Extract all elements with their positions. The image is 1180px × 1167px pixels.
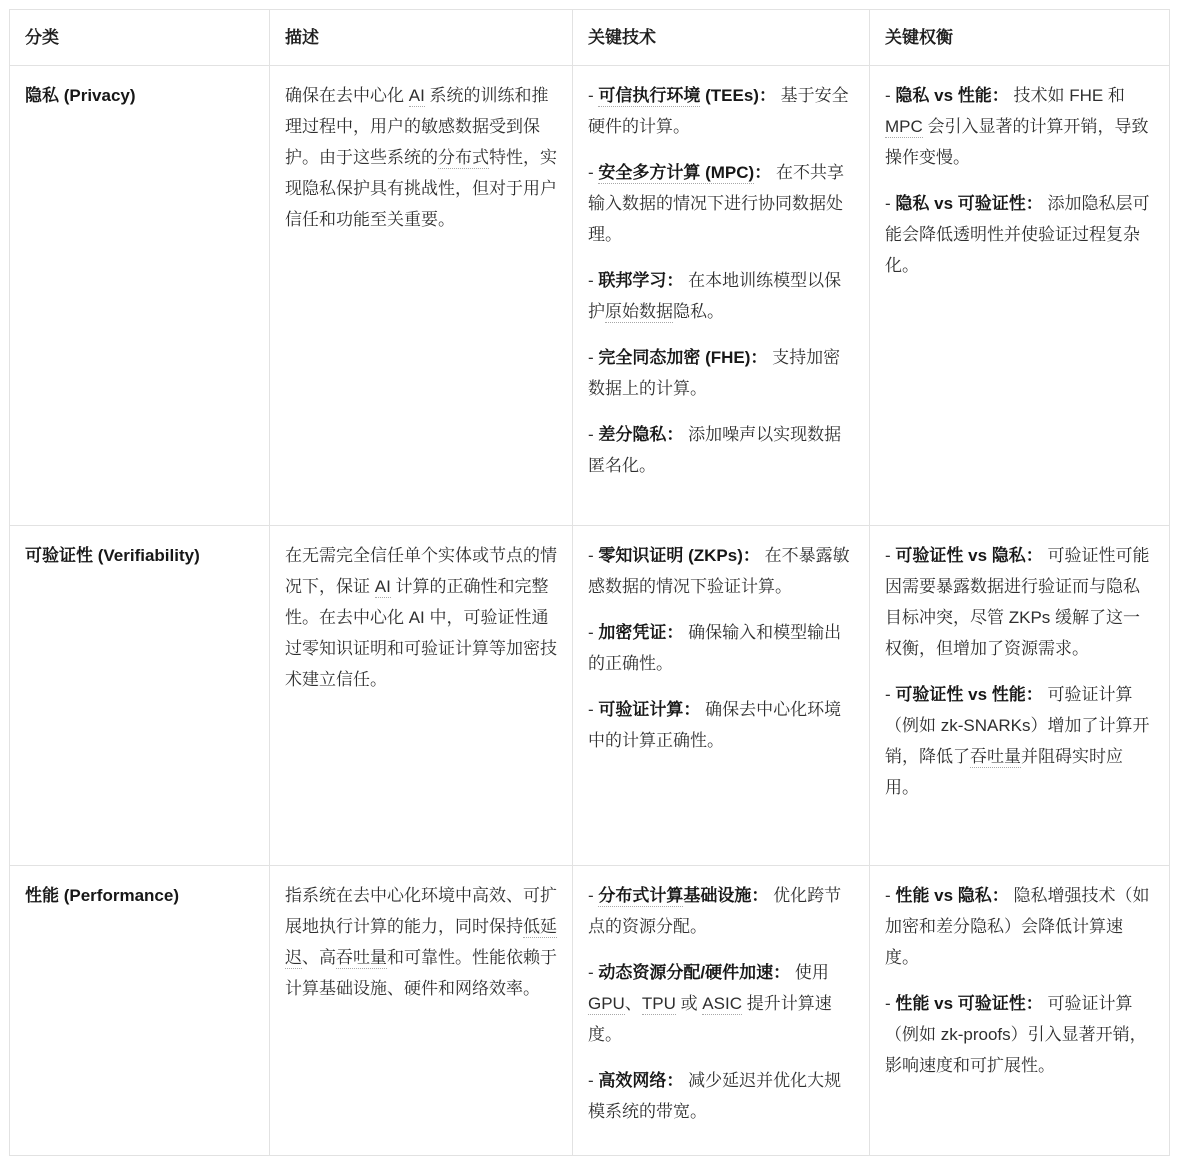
- paragraph: - 性能 vs 隐私： 隐私增强技术（如加密和差分隐私）会降低计算速度。: [885, 880, 1154, 973]
- page-content: 分类 描述 关键技术 关键权衡 隐私 (Privacy) 确保在去中心化 AI …: [0, 0, 1180, 1167]
- paragraph: 指系统在去中心化环境中高效、可扩展地执行计算的能力，同时保持低延迟、高吞吐量和可…: [285, 880, 557, 1004]
- text-segment: -: [588, 425, 598, 444]
- spellchecked-text: AI: [375, 577, 391, 598]
- paragraph: - 可信执行环境 (TEEs)： 基于安全硬件的计算。: [588, 80, 854, 142]
- text-segment: -: [588, 163, 598, 182]
- bold-term: 分布式计算: [598, 886, 683, 907]
- bold-term: 可验证性 vs 性能：: [895, 685, 1042, 704]
- table-row-performance: 性能 (Performance) 指系统在去中心化环境中高效、可扩展地执行计算的…: [10, 866, 1170, 1156]
- paragraph: 性能 (Performance): [25, 880, 254, 911]
- text-segment: 或: [676, 994, 702, 1013]
- paragraph: - 完全同态加密 (FHE)： 支持加密数据上的计算。: [588, 342, 854, 404]
- paragraph: - 隐私 vs 可验证性： 添加隐私层可能会降低透明性并使验证过程复杂化。: [885, 188, 1154, 281]
- text-segment: -: [588, 546, 598, 565]
- column-header-category: 分类: [10, 10, 270, 66]
- table-body: 隐私 (Privacy) 确保在去中心化 AI 系统的训练和推理过程中，用户的敏…: [10, 66, 1170, 1156]
- bold-term: 差分隐私：: [598, 425, 683, 444]
- spellchecked-text: 吞吐量: [970, 747, 1021, 768]
- table-row-privacy: 隐私 (Privacy) 确保在去中心化 AI 系统的训练和推理过程中，用户的敏…: [10, 66, 1170, 526]
- comparison-table: 分类 描述 关键技术 关键权衡 隐私 (Privacy) 确保在去中心化 AI …: [9, 9, 1170, 1156]
- bold-term: 性能 (Performance): [25, 886, 179, 905]
- text-segment: -: [588, 348, 598, 367]
- category-cell: 隐私 (Privacy): [10, 66, 270, 526]
- paragraph: - 动态资源分配/硬件加速： 使用 GPU、TPU 或 ASIC 提升计算速度。: [588, 957, 854, 1050]
- text-segment: -: [885, 685, 895, 704]
- bold-term: 联邦学习：: [598, 271, 683, 290]
- column-header-description: 描述: [270, 10, 573, 66]
- spellchecked-text: MPC: [885, 117, 923, 138]
- technologies-cell: - 零知识证明 (ZKPs)： 在不暴露敏感数据的情况下验证计算。- 加密凭证：…: [573, 526, 870, 866]
- text-segment: -: [588, 963, 598, 982]
- spellchecked-text: 吞吐量: [336, 948, 387, 969]
- text-segment: -: [885, 994, 895, 1013]
- column-header-tradeoffs: 关键权衡: [870, 10, 1170, 66]
- text-segment: 、高: [302, 948, 336, 967]
- bold-term: 隐私 vs 可验证性：: [895, 194, 1042, 213]
- text-segment: -: [885, 886, 895, 905]
- category-cell: 可验证性 (Verifiability): [10, 526, 270, 866]
- spellchecked-text: AI: [409, 86, 425, 107]
- paragraph: - 安全多方计算 (MPC)： 在不共享输入数据的情况下进行协同数据处理。: [588, 157, 854, 250]
- paragraph: - 可验证计算： 确保去中心化环境中的计算正确性。: [588, 694, 854, 756]
- text-segment: -: [588, 623, 598, 642]
- text-segment: -: [885, 546, 895, 565]
- text-segment: 指系统在去中心化环境中高效、可扩展地执行计算的能力，同时保持: [285, 886, 557, 936]
- bold-term: 隐私 vs 性能：: [895, 86, 1008, 105]
- table-header: 分类 描述 关键技术 关键权衡: [10, 10, 1170, 66]
- bold-term: 安全多方计算 (MPC): [598, 163, 754, 184]
- paragraph: - 隐私 vs 性能： 技术如 FHE 和 MPC 会引入显著的计算开销，导致操…: [885, 80, 1154, 173]
- tradeoffs-cell: - 可验证性 vs 隐私： 可验证性可能因需要暴露数据进行验证而与隐私目标冲突，…: [870, 526, 1170, 866]
- spellchecked-text: ASIC: [702, 994, 742, 1015]
- bold-term: (TEEs)：: [700, 86, 776, 105]
- text-segment: 、: [625, 994, 642, 1013]
- text-segment: -: [588, 886, 598, 905]
- text-segment: -: [885, 194, 895, 213]
- header-row: 分类 描述 关键技术 关键权衡: [10, 10, 1170, 66]
- text-segment: -: [885, 86, 895, 105]
- text-segment: 会引入显著的计算开销，导致操作变慢。: [885, 117, 1149, 167]
- text-segment: -: [588, 86, 598, 105]
- paragraph: - 差分隐私： 添加噪声以实现数据匿名化。: [588, 419, 854, 481]
- bold-term: 性能 vs 可验证性：: [895, 994, 1042, 1013]
- bold-term: 可信执行环境: [598, 86, 700, 107]
- bold-term: 可验证性 vs 隐私：: [895, 546, 1042, 565]
- description-cell: 确保在去中心化 AI 系统的训练和推理过程中，用户的敏感数据受到保护。由于这些系…: [270, 66, 573, 526]
- text-segment: 隐私。: [673, 302, 724, 321]
- text-segment: 使用: [790, 963, 829, 982]
- spellchecked-text: GPU: [588, 994, 625, 1015]
- bold-term: 动态资源分配/硬件加速：: [598, 963, 790, 982]
- spellchecked-text: 分布式: [438, 148, 489, 169]
- text-segment: -: [588, 1071, 598, 1090]
- paragraph: 隐私 (Privacy): [25, 80, 254, 111]
- column-header-technologies: 关键技术: [573, 10, 870, 66]
- bold-term: 可验证性 (Verifiability): [25, 546, 200, 565]
- bold-term: 可验证计算：: [598, 700, 700, 719]
- text-segment: -: [588, 700, 598, 719]
- tradeoffs-cell: - 性能 vs 隐私： 隐私增强技术（如加密和差分隐私）会降低计算速度。- 性能…: [870, 866, 1170, 1156]
- description-cell: 在无需完全信任单个实体或节点的情况下，保证 AI 计算的正确性和完整性。在去中心…: [270, 526, 573, 866]
- paragraph: 确保在去中心化 AI 系统的训练和推理过程中，用户的敏感数据受到保护。由于这些系…: [285, 80, 557, 235]
- text-segment: -: [588, 271, 598, 290]
- paragraph: - 分布式计算基础设施： 优化跨节点的资源分配。: [588, 880, 854, 942]
- spellchecked-text: TPU: [642, 994, 676, 1015]
- technologies-cell: - 可信执行环境 (TEEs)： 基于安全硬件的计算。- 安全多方计算 (MPC…: [573, 66, 870, 526]
- paragraph: - 零知识证明 (ZKPs)： 在不暴露敏感数据的情况下验证计算。: [588, 540, 854, 602]
- bold-term: 性能 vs 隐私：: [895, 886, 1008, 905]
- category-cell: 性能 (Performance): [10, 866, 270, 1156]
- bold-term: ：: [754, 163, 771, 182]
- paragraph: - 联邦学习： 在本地训练模型以保护原始数据隐私。: [588, 265, 854, 327]
- bold-term: 基础设施：: [683, 886, 768, 905]
- bold-term: 隐私 (Privacy): [25, 86, 136, 105]
- paragraph: - 高效网络： 减少延迟并优化大规模系统的带宽。: [588, 1065, 854, 1127]
- table-row-verifiability: 可验证性 (Verifiability) 在无需完全信任单个实体或节点的情况下，…: [10, 526, 1170, 866]
- text-segment: 确保在去中心化: [285, 86, 409, 105]
- tradeoffs-cell: - 隐私 vs 性能： 技术如 FHE 和 MPC 会引入显著的计算开销，导致操…: [870, 66, 1170, 526]
- spellchecked-text: 原始数据: [605, 302, 673, 323]
- paragraph: - 加密凭证： 确保输入和模型输出的正确性。: [588, 617, 854, 679]
- paragraph: - 性能 vs 可验证性： 可验证计算（例如 zk-proofs）引入显著开销，…: [885, 988, 1154, 1081]
- text-segment: 技术如 FHE 和: [1009, 86, 1125, 105]
- paragraph: 在无需完全信任单个实体或节点的情况下，保证 AI 计算的正确性和完整性。在去中心…: [285, 540, 557, 695]
- bold-term: 零知识证明 (ZKPs)：: [598, 546, 760, 565]
- bold-term: 高效网络：: [598, 1071, 683, 1090]
- bold-term: 完全同态加密 (FHE)：: [598, 348, 767, 367]
- description-cell: 指系统在去中心化环境中高效、可扩展地执行计算的能力，同时保持低延迟、高吞吐量和可…: [270, 866, 573, 1156]
- paragraph: - 可验证性 vs 性能： 可验证计算（例如 zk-SNARKs）增加了计算开销…: [885, 679, 1154, 803]
- paragraph: - 可验证性 vs 隐私： 可验证性可能因需要暴露数据进行验证而与隐私目标冲突，…: [885, 540, 1154, 664]
- paragraph: 可验证性 (Verifiability): [25, 540, 254, 571]
- technologies-cell: - 分布式计算基础设施： 优化跨节点的资源分配。- 动态资源分配/硬件加速： 使…: [573, 866, 870, 1156]
- bold-term: 加密凭证：: [598, 623, 683, 642]
